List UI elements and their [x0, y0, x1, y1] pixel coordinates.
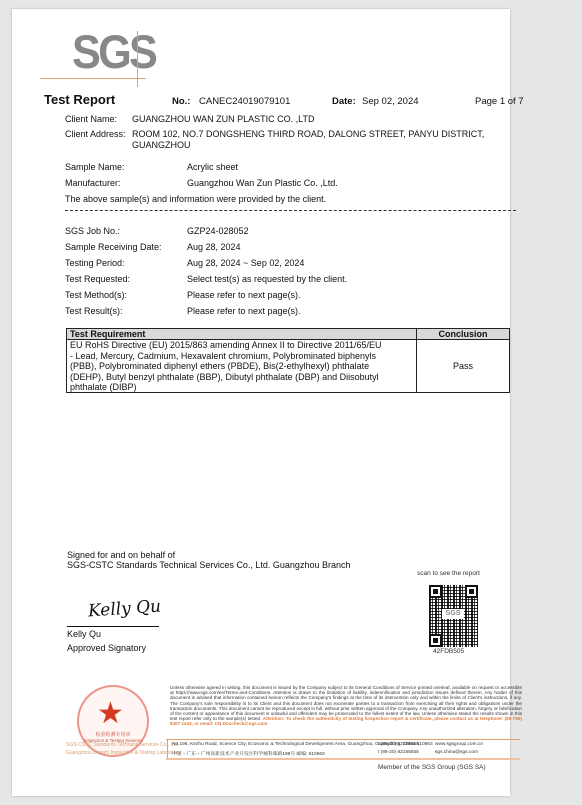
manufacturer-value: Guangzhou Wan Zun Plastic Co. ,Ltd. — [187, 178, 338, 188]
stamp-center-text: 检验检测专用章 — [79, 731, 147, 738]
qr-finder-icon — [465, 585, 478, 598]
qr-center-logo: SGS — [442, 609, 464, 619]
test-result-value: Please refer to next page(s). — [187, 306, 301, 316]
client-name-label: Client Name: — [65, 114, 117, 124]
qr-finder-icon — [429, 634, 442, 647]
qr-caption: scan to see the report — [417, 570, 480, 577]
report-page: SGS Test Report No.: CANEC24019079101 Da… — [12, 9, 510, 796]
footer-phone-2: t (86-20) 82155555 — [378, 750, 419, 755]
testing-period-label: Testing Period: — [65, 258, 125, 268]
qr-code-id: 42FDB505 — [433, 648, 464, 655]
sample-name-value: Acrylic sheet — [187, 162, 238, 172]
footer-website-link[interactable]: www.sgsgroup.com.cn — [435, 742, 483, 747]
signatory-role: Approved Signatory — [67, 643, 146, 653]
test-result-label: Test Result(s): — [65, 306, 123, 316]
qr-finder-icon — [429, 585, 442, 598]
client-address-line2: GUANGZHOU — [132, 140, 191, 150]
requirement-line: (DEHP), Butyl benzyl phthalate (BBP), Di… — [70, 372, 413, 382]
sample-name-label: Sample Name: — [65, 162, 125, 172]
footer-address-cn: 中国・广东・广州高新技术产业开发区科学城科珠路198号 邮编: 510663 — [172, 750, 325, 757]
logo-crosshair-vertical — [137, 31, 138, 87]
testing-period-value: Aug 28, 2024 ~ Sep 02, 2024 — [187, 258, 304, 268]
job-no-value: GZP24-028052 — [187, 226, 249, 236]
client-name-value: GUANGZHOU WAN ZUN PLASTIC CO. ,LTD — [132, 114, 315, 124]
manufacturer-label: Manufacturer: — [65, 178, 121, 188]
footer-email-link[interactable]: sgs.china@sgs.com — [435, 750, 478, 755]
requirement-cell: EU RoHS Directive (EU) 2015/863 amending… — [67, 340, 417, 393]
footer-divider-bottom — [166, 758, 520, 760]
requirement-line: - Lead, Mercury, Cadmium, Hexavalent chr… — [70, 351, 413, 361]
requirement-line: EU RoHS Directive (EU) 2015/863 amending… — [70, 340, 413, 350]
test-method-label: Test Method(s): — [65, 290, 127, 300]
qr-code[interactable]: SGS — [429, 585, 478, 647]
test-requested-value: Select test(s) as requested by the clien… — [187, 274, 347, 284]
report-title: Test Report — [44, 92, 115, 107]
test-requested-label: Test Requested: — [65, 274, 130, 284]
client-address-label: Client Address: — [65, 129, 126, 139]
report-no-label: No.: — [172, 96, 190, 107]
conclusion-cell: Pass — [417, 340, 510, 393]
dashed-separator — [65, 210, 516, 211]
signatory-name: Kelly Qu — [67, 629, 101, 639]
footer-phone-1: t (86-20) 82155555 — [378, 742, 419, 747]
branch-name-line1: SGS-CSTC Standards Technical Services Co… — [66, 742, 179, 748]
star-icon: ★ — [97, 699, 124, 729]
test-method-value: Please refer to next page(s). — [187, 290, 301, 300]
report-no-value: CANEC24019079101 — [199, 96, 290, 107]
page-indicator: Page 1 of 7 — [475, 96, 524, 107]
footer-vertical-bar — [167, 740, 168, 758]
col-header-conclusion: Conclusion — [417, 329, 510, 340]
receiving-date-value: Aug 28, 2024 — [187, 242, 241, 252]
table-header-row: Test Requirement Conclusion — [67, 329, 510, 340]
report-date-label: Date: — [332, 96, 356, 107]
legal-disclaimer: Unless otherwise agreed in writing, this… — [170, 685, 522, 727]
sgs-group-member-note: Member of the SGS Group (SGS SA) — [378, 764, 486, 771]
requirement-line: phthalate (DIBP) — [70, 382, 413, 392]
signed-on-behalf-line2: SGS-CSTC Standards Technical Services Co… — [67, 560, 350, 570]
requirement-line: (PBB), Polybrominated diphenyl ethers (P… — [70, 361, 413, 371]
logo-crosshair-horizontal — [40, 78, 146, 79]
col-header-requirement: Test Requirement — [67, 329, 417, 340]
branch-name-line2: Guangzhou Branch Inspection & Testing La… — [66, 750, 180, 756]
job-no-label: SGS Job No.: — [65, 226, 120, 236]
handwritten-signature: Kelly Qu — [87, 596, 161, 621]
test-requirement-table: Test Requirement Conclusion EU RoHS Dire… — [66, 328, 510, 393]
table-row: EU RoHS Directive (EU) 2015/863 amending… — [67, 340, 510, 393]
footer-divider-top — [166, 739, 520, 740]
sample-provided-note: The above sample(s) and information were… — [65, 194, 326, 204]
report-date-value: Sep 02, 2024 — [362, 96, 419, 107]
client-address-line1: ROOM 102, NO.7 DONGSHENG THIRD ROAD, DAL… — [132, 129, 484, 139]
signed-on-behalf-line1: Signed for and on behalf of — [67, 550, 175, 560]
sgs-logo: SGS — [72, 27, 155, 77]
receiving-date-label: Sample Receiving Date: — [65, 242, 162, 252]
signature-line — [67, 626, 159, 627]
